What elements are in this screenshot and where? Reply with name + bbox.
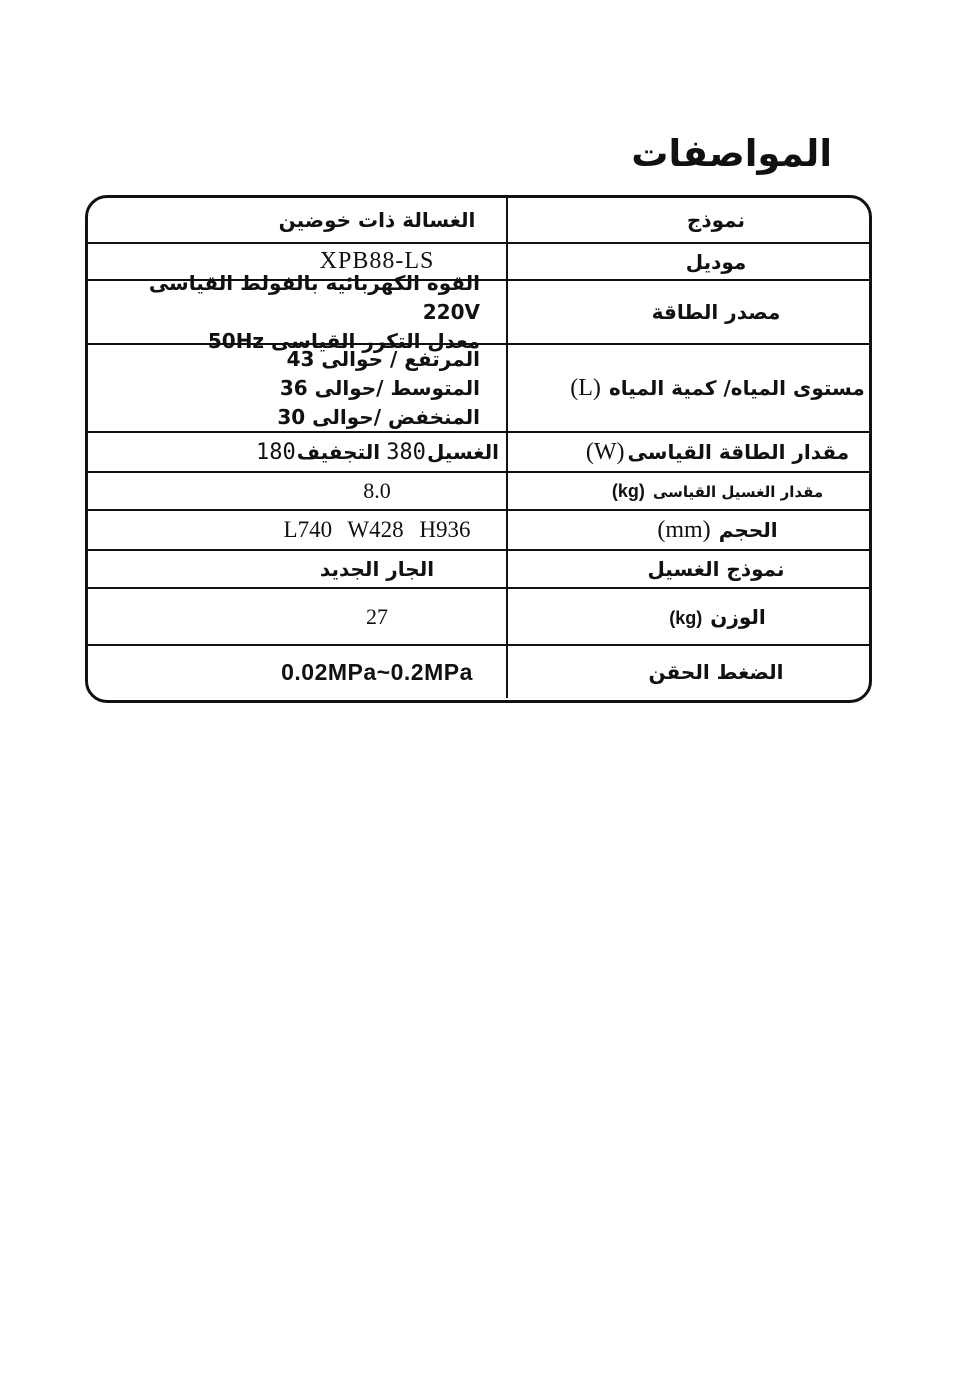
rated-power-value: الغسيل380 التجفيف180 (248, 440, 506, 465)
injection-pressure-label-cell: الضغط الحقن (508, 646, 869, 698)
water-level-label: مستوى المياه/ كمية المياه (L) (563, 375, 869, 402)
weight-value: 27 (248, 604, 506, 630)
spec-row-water-level: المرتفع / حوالى 43 المتوسط /حوالى 36 الم… (88, 345, 869, 433)
power-source-voltage-line: القوة الكهربائية بالفولط القياسى 220V (88, 269, 480, 327)
model-number-label-cell: موديل (508, 244, 869, 279)
water-level-label-text: مستوى المياه/ كمية المياه (609, 376, 865, 400)
spec-row-power-source: القوة الكهربائية بالفولط القياسى 220V مع… (88, 281, 869, 345)
spec-row-model-type: الغسالة ذات خوضين نموذج (88, 198, 869, 244)
rated-power-dry-value: 180 (256, 440, 296, 465)
weight-unit: (kg) (669, 608, 702, 628)
wash-capacity-value-cell: 8.0 (88, 473, 508, 509)
page-title: المواصفات (631, 132, 832, 175)
water-level-label-cell: مستوى المياه/ كمية المياه (L) (508, 345, 869, 431)
model-type-value-cell: الغسالة ذات خوضين (88, 198, 508, 242)
wash-capacity-label-cell: مقدار الغسيل القياسى (kg) (508, 473, 869, 509)
rated-power-wash-label: الغسيل (427, 440, 499, 464)
rated-power-dry-label: التجفيف (297, 440, 380, 464)
power-source-value-cell: القوة الكهربائية بالفولط القياسى 220V مع… (88, 281, 508, 343)
wash-capacity-unit: (kg) (612, 481, 645, 501)
weight-label-cell: الوزن (kg) (508, 589, 869, 644)
spec-row-rated-power: الغسيل380 التجفيف180 مقدار الطاقة القياس… (88, 433, 869, 473)
weight-label-text: الوزن (710, 605, 766, 629)
size-value: L740 W428 H936 (248, 517, 506, 543)
injection-pressure-value-cell: 0.02MPa~0.2MPa (88, 646, 508, 698)
wash-capacity-label-text: مقدار الغسيل القياسى (653, 483, 823, 501)
rated-power-value-cell: الغسيل380 التجفيف180 (88, 433, 508, 471)
spec-row-wash-model: الجار الجديد نموذج الغسيل (88, 551, 869, 589)
injection-pressure-value: 0.02MPa~0.2MPa (248, 659, 506, 686)
size-label: الحجم (mm) (563, 517, 869, 544)
spec-table: الغسالة ذات خوضين نموذج XPB88-LS موديل ا… (85, 195, 872, 703)
water-level-low-line: المنخفض /حوالى 30 (88, 403, 480, 432)
rated-power-label: مقدار الطاقة القياسى(W) (563, 439, 869, 466)
wash-capacity-label: مقدار الغسيل القياسى (kg) (563, 481, 869, 502)
spec-row-wash-capacity: 8.0 مقدار الغسيل القياسى (kg) (88, 473, 869, 511)
wash-model-value: الجار الجديد (248, 557, 506, 581)
size-label-cell: الحجم (mm) (508, 511, 869, 549)
size-value-cell: L740 W428 H936 (88, 511, 508, 549)
power-source-label: مصدر الطاقة (563, 300, 869, 324)
spec-row-injection-pressure: 0.02MPa~0.2MPa الضغط الحقن (88, 646, 869, 698)
weight-label: الوزن (kg) (563, 605, 869, 629)
size-unit: (mm) (657, 517, 710, 543)
weight-value-cell: 27 (88, 589, 508, 644)
rated-power-label-text: مقدار الطاقة القياسى (628, 440, 850, 464)
wash-model-label-cell: نموذج الغسيل (508, 551, 869, 587)
rated-power-wash-value: 380 (386, 440, 426, 465)
spec-row-weight: 27 الوزن (kg) (88, 589, 869, 646)
model-type-label: نموذج (563, 208, 869, 232)
injection-pressure-label: الضغط الحقن (563, 660, 869, 684)
water-level-high-line: المرتفع / حوالى 43 (88, 345, 480, 374)
model-number-label: موديل (563, 250, 869, 274)
wash-capacity-value: 8.0 (248, 478, 506, 504)
power-source-label-cell: مصدر الطاقة (508, 281, 869, 343)
spec-row-size: L740 W428 H936 الحجم (mm) (88, 511, 869, 551)
water-level-value-cell: المرتفع / حوالى 43 المتوسط /حوالى 36 الم… (88, 345, 508, 431)
water-level-unit: (L) (570, 375, 601, 401)
wash-model-value-cell: الجار الجديد (88, 551, 508, 587)
model-type-value: الغسالة ذات خوضين (248, 208, 506, 232)
rated-power-label-cell: مقدار الطاقة القياسى(W) (508, 433, 869, 471)
wash-model-label: نموذج الغسيل (563, 557, 869, 581)
size-label-text: الحجم (719, 518, 778, 542)
model-type-label-cell: نموذج (508, 198, 869, 242)
water-level-medium-line: المتوسط /حوالى 36 (88, 374, 480, 403)
rated-power-unit: (W) (586, 439, 625, 465)
